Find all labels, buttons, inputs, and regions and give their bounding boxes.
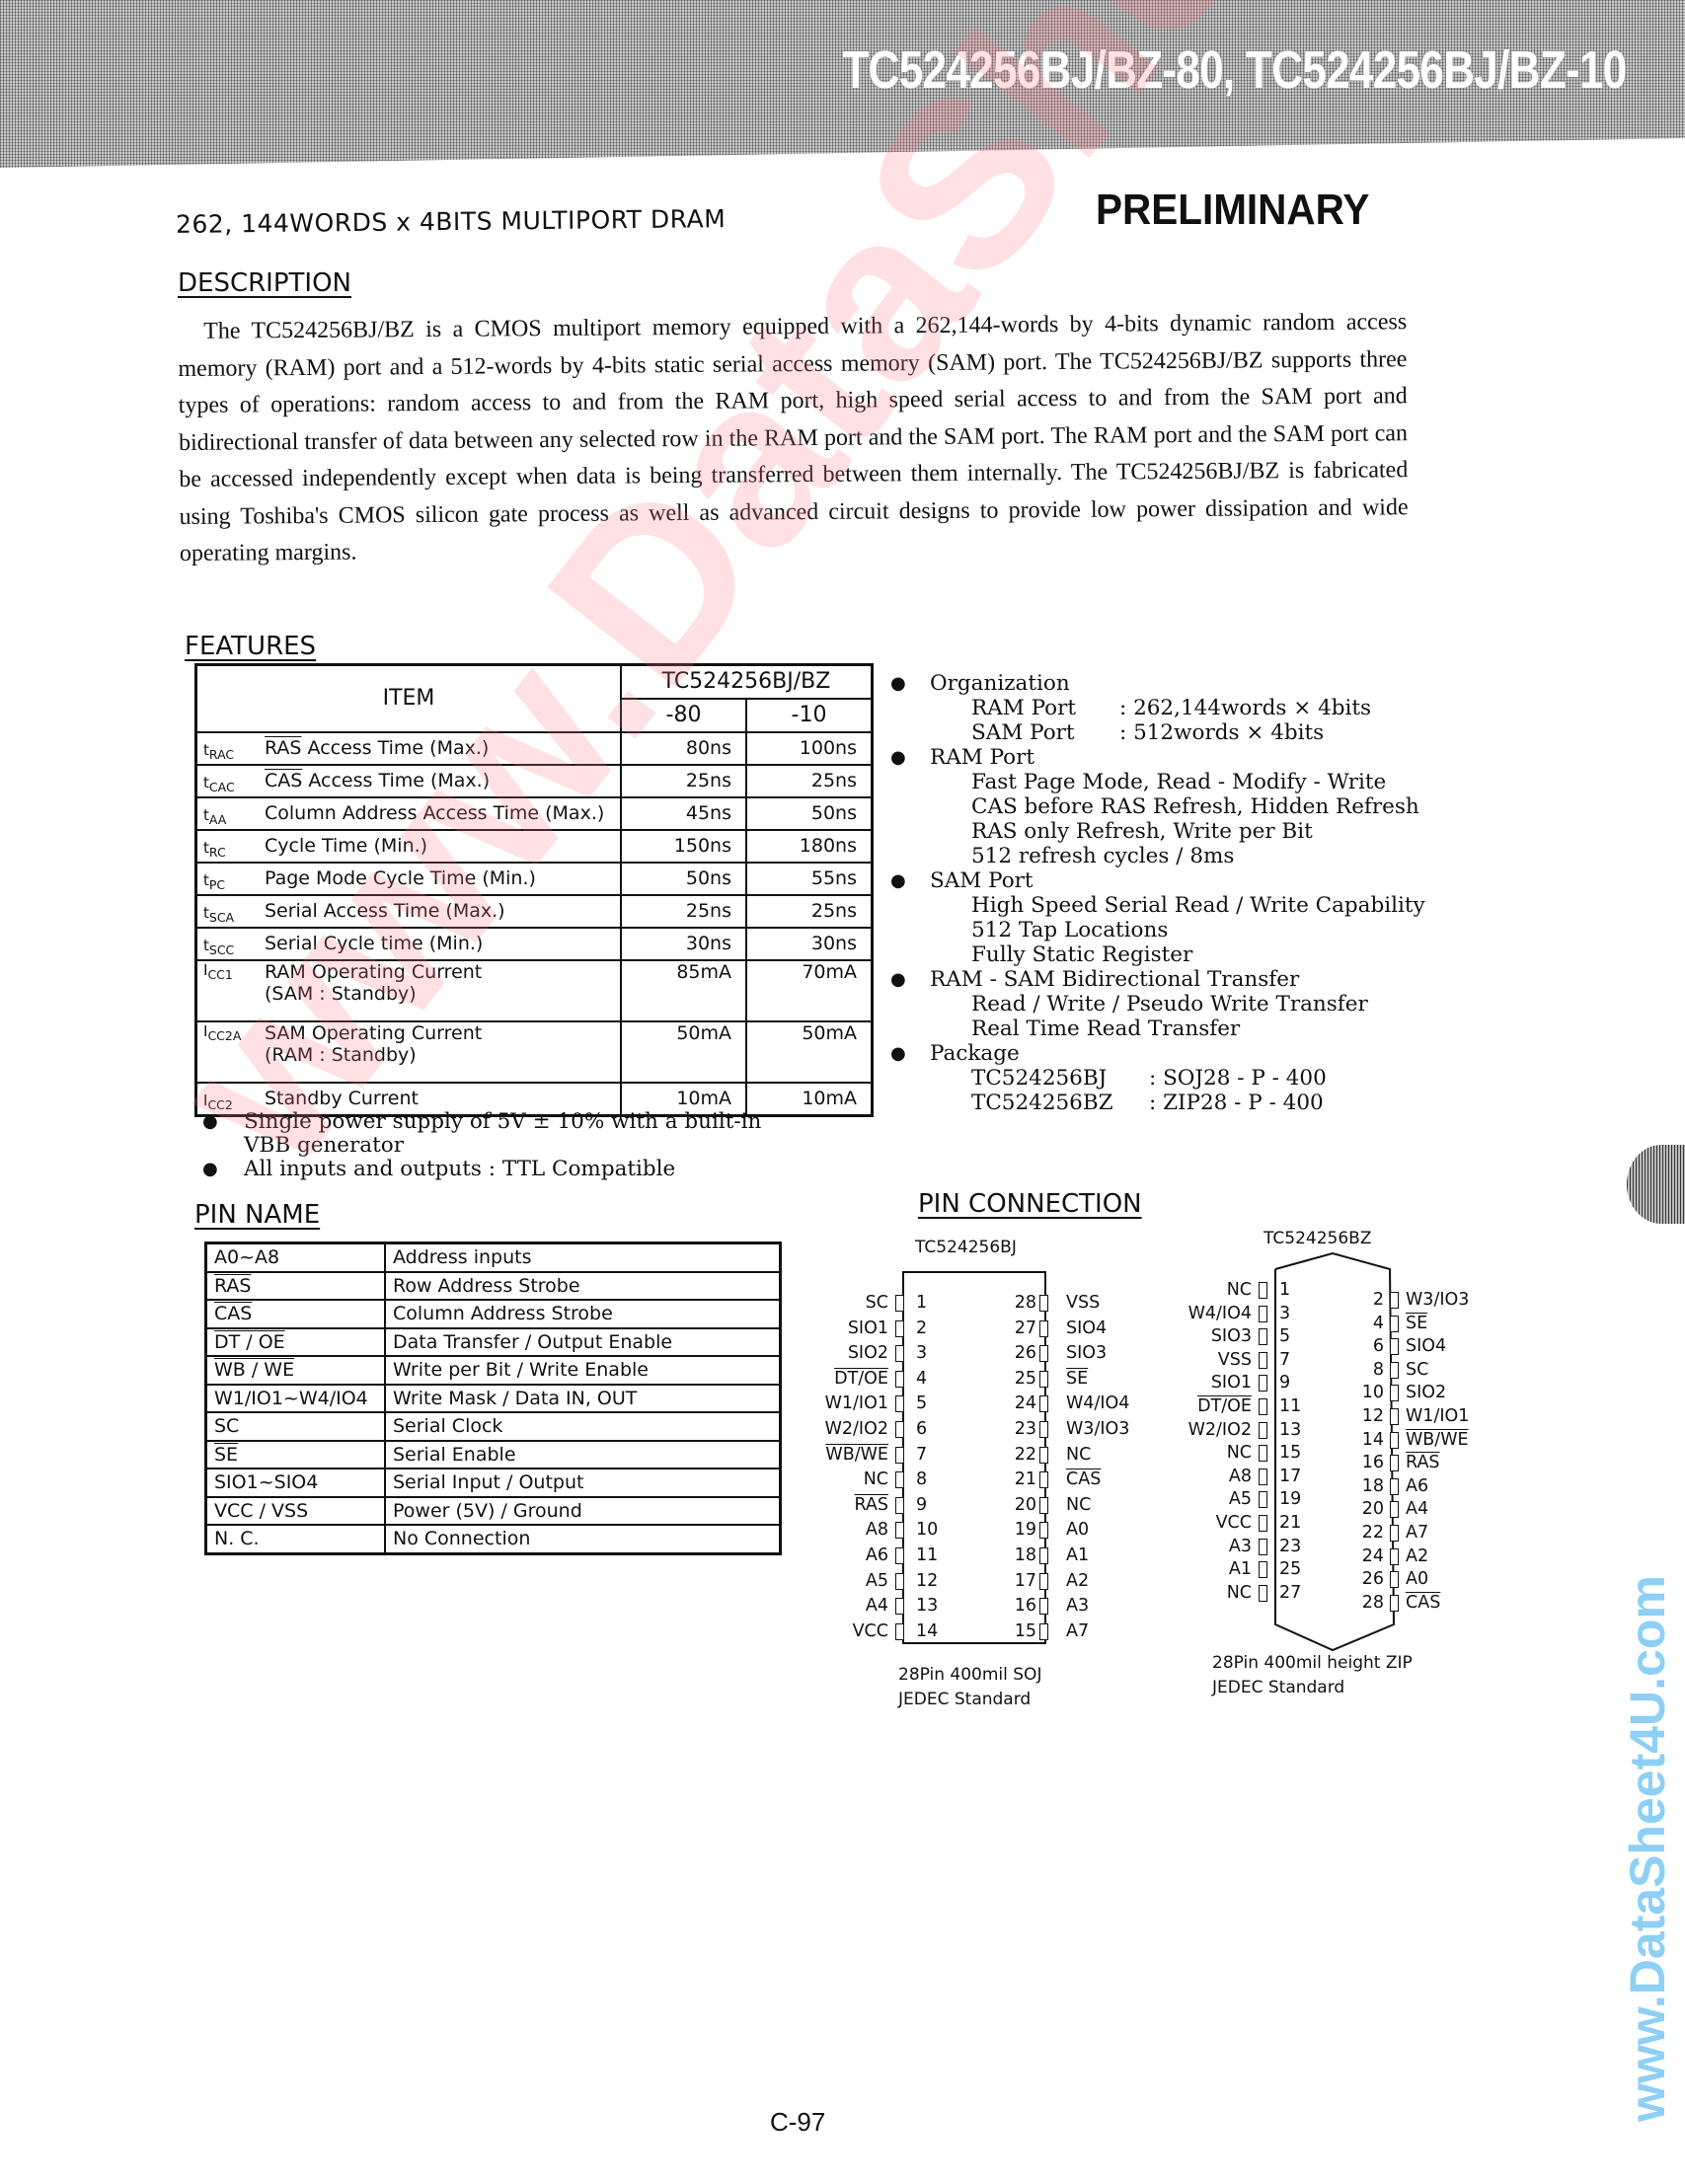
grade-80-header: -80 xyxy=(621,699,746,732)
pin-box xyxy=(1259,1445,1267,1462)
feature-line: 512 refresh cycles / 8ms xyxy=(930,844,1500,868)
pin-label: SIO3 xyxy=(1066,1343,1107,1363)
features-table: ITEM TC524256BJ/BZ -80 -10 tRACRAS Acces… xyxy=(194,663,874,1117)
table-row: SIO1~SIO4Serial Input / Output xyxy=(206,1469,781,1497)
pin-number: 23 xyxy=(1279,1537,1301,1556)
pin-label: VCC xyxy=(1143,1513,1252,1533)
pin-description: Row Address Strobe xyxy=(385,1272,781,1301)
bullet-dot: ● xyxy=(202,1110,218,1134)
feature-group-title: RAM - SAM Bidirectional Transfer xyxy=(930,967,1500,992)
pin-label: NC xyxy=(1066,1445,1091,1465)
side-watermark-link[interactable]: www.DataSheet4U.com xyxy=(1619,1575,1676,2122)
power-bullets: ● Single power supply of 5V ± 10% with a… xyxy=(202,1110,761,1181)
pin-description: Power (5V) / Ground xyxy=(385,1497,781,1526)
pin-label: RAS xyxy=(780,1495,888,1515)
feature-value: : 262,144words × 4bits xyxy=(1119,696,1371,720)
pin-number: 12 xyxy=(1356,1406,1384,1426)
feature-group: ●OrganizationRAM Port: 262,144words × 4b… xyxy=(888,671,1500,745)
pin-box xyxy=(1039,1598,1048,1615)
pin-box xyxy=(1039,1395,1048,1412)
pin-number: 24 xyxy=(1356,1546,1384,1566)
feature-line: 512 Tap Locations xyxy=(930,918,1500,942)
row-symbol: tRAC xyxy=(196,732,260,765)
pin-number: 11 xyxy=(916,1545,938,1565)
pin-number: 8 xyxy=(916,1469,927,1489)
row-item: RAM Operating Current(SAM : Standby) xyxy=(259,960,621,1021)
pin-number: 14 xyxy=(1356,1430,1384,1450)
pin-number: 19 xyxy=(1009,1520,1036,1540)
feature-line: Real Time Read Transfer xyxy=(930,1017,1500,1041)
bullet-text: All inputs and outputs : TTL Compatible xyxy=(244,1158,761,1181)
pin-symbol: WB / WE xyxy=(206,1356,386,1385)
pin-box xyxy=(1390,1338,1399,1355)
row-item: Serial Access Time (Max.) xyxy=(259,895,621,928)
pin-number: 1 xyxy=(916,1293,927,1313)
pin-label: W3/IO3 xyxy=(1066,1419,1129,1439)
feature-line: Fast Page Mode, Read - Modify - Write xyxy=(930,770,1500,794)
table-row: RASRow Address Strobe xyxy=(206,1272,781,1301)
pin-number: 18 xyxy=(1356,1476,1384,1496)
pin-box xyxy=(1390,1455,1399,1471)
table-row: DT / OEData Transfer / Output Enable xyxy=(206,1328,781,1357)
pin-box xyxy=(1390,1292,1399,1309)
feature-value: : SOJ28 - P - 400 xyxy=(1149,1066,1327,1091)
zip-caption-line1: 28Pin 400mil height ZIP xyxy=(1212,1651,1413,1676)
table-row: tSCCSerial Cycle time (Min.)30ns30ns xyxy=(196,928,873,960)
pin-label: A5 xyxy=(1143,1489,1252,1509)
value-80: 30ns xyxy=(621,928,746,960)
pin-number: 11 xyxy=(1279,1396,1301,1416)
pin-label: A3 xyxy=(1143,1537,1252,1556)
bullet-ttl: ● All inputs and outputs : TTL Compatibl… xyxy=(202,1158,761,1181)
bullet-dot: ● xyxy=(202,1158,218,1181)
feature-group: ●RAM - SAM Bidirectional TransferRead / … xyxy=(888,967,1500,1041)
row-item: RAS Access Time (Max.) xyxy=(259,732,621,765)
table-row: tSCASerial Access Time (Max.)25ns25ns xyxy=(196,895,873,928)
table-row: tPCPage Mode Cycle Time (Min.)50ns55ns xyxy=(196,863,873,895)
soj-package-title: TC524256BJ xyxy=(915,1238,1017,1257)
pin-label: W2/IO2 xyxy=(780,1419,888,1439)
pin-box xyxy=(1259,1422,1267,1439)
pin-box xyxy=(895,1547,904,1564)
pin-symbol: W1/IO1~W4/IO4 xyxy=(206,1385,386,1413)
row-symbol: tPC xyxy=(196,863,260,895)
section-thumb-tab xyxy=(1627,1145,1685,1224)
feature-group: ●RAM PortFast Page Mode, Read - Modify -… xyxy=(888,745,1500,868)
feature-group-title: SAM Port xyxy=(930,868,1500,893)
pin-label: SC xyxy=(780,1293,888,1313)
value-80: 25ns xyxy=(621,895,746,928)
pin-box xyxy=(895,1295,904,1312)
pin-box xyxy=(1390,1478,1399,1495)
pin-symbol: A0~A8 xyxy=(206,1243,386,1272)
pin-label: A7 xyxy=(1066,1621,1089,1641)
pin-description: Address inputs xyxy=(385,1243,781,1272)
feature-kv: TC524256BZ: ZIP28 - P - 400 xyxy=(930,1091,1500,1115)
pin-box xyxy=(1390,1571,1399,1588)
zip-caption: 28Pin 400mil height ZIP JEDEC Standard xyxy=(1212,1651,1413,1700)
row-symbol: tCAC xyxy=(196,765,260,797)
pin-name-table-body: A0~A8Address inputsRASRow Address Strobe… xyxy=(206,1243,781,1554)
pin-box xyxy=(1039,1421,1048,1438)
feature-line: CAS before RAS Refresh, Hidden Refresh xyxy=(930,794,1500,819)
bullet-dot: ● xyxy=(890,745,906,770)
pin-description: Write per Bit / Write Enable xyxy=(385,1356,781,1385)
pin-symbol: RAS xyxy=(206,1272,386,1301)
pin-label: VCC xyxy=(780,1621,888,1641)
pin-box xyxy=(1259,1469,1267,1485)
pin-label: SE xyxy=(1406,1314,1427,1333)
pin-symbol: DT / OE xyxy=(206,1328,386,1357)
feature-line: Read / Write / Pseudo Write Transfer xyxy=(930,992,1500,1017)
table-row: tRACRAS Access Time (Max.)80ns100ns xyxy=(196,732,873,765)
pin-label: CAS xyxy=(1066,1469,1101,1489)
value-10: 30ns xyxy=(746,928,873,960)
bullet-dot: ● xyxy=(890,1041,906,1066)
value-80: 80ns xyxy=(621,732,746,765)
pin-label: W4/IO4 xyxy=(1143,1304,1252,1323)
pin-box xyxy=(895,1421,904,1438)
pin-number: 8 xyxy=(1356,1360,1384,1380)
soj-caption-line1: 28Pin 400mil SOJ xyxy=(898,1663,1041,1688)
pin-number: 13 xyxy=(1279,1420,1301,1440)
bullet-dot: ● xyxy=(890,671,906,696)
bullet-text-cont: VBB generator xyxy=(244,1134,761,1158)
pin-box xyxy=(1259,1561,1267,1578)
pin-number: 17 xyxy=(1009,1571,1036,1591)
pin-box xyxy=(895,1497,904,1514)
zip-package-title: TC524256BZ xyxy=(1264,1229,1371,1248)
pin-number: 16 xyxy=(1009,1596,1036,1616)
feature-value: : ZIP28 - P - 400 xyxy=(1149,1091,1324,1115)
feature-group-title: Package xyxy=(930,1041,1500,1066)
features-table-body: tRACRAS Access Time (Max.)80ns100nstCACC… xyxy=(196,732,873,1116)
pin-symbol: SE xyxy=(206,1441,386,1469)
pin-box xyxy=(1390,1432,1399,1449)
pin-box xyxy=(1390,1316,1399,1332)
pin-label: NC xyxy=(1143,1583,1252,1603)
pin-label: DT/OE xyxy=(780,1369,888,1389)
pin-label: VSS xyxy=(1143,1350,1252,1370)
pin-label: NC xyxy=(780,1469,888,1489)
feature-group: ●PackageTC524256BJ: SOJ28 - P - 400TC524… xyxy=(888,1041,1500,1115)
value-10: 25ns xyxy=(746,895,873,928)
pin-number: 20 xyxy=(1009,1495,1036,1515)
pin-label: A2 xyxy=(1406,1546,1428,1566)
pin-label: SIO3 xyxy=(1143,1326,1252,1346)
pin-box xyxy=(1259,1491,1267,1508)
value-80: 150ns xyxy=(621,830,746,863)
pin-label: SIO2 xyxy=(780,1343,888,1363)
row-item: Column Address Access Time (Max.) xyxy=(259,797,621,830)
pin-label: A8 xyxy=(1143,1467,1252,1486)
feature-value: : 512words × 4bits xyxy=(1119,720,1324,745)
table-row: CASColumn Address Strobe xyxy=(206,1300,781,1328)
pin-label: A5 xyxy=(780,1571,888,1591)
overline-signal: CAS xyxy=(265,770,302,791)
pin-number: 9 xyxy=(916,1495,927,1515)
pin-label: A0 xyxy=(1066,1520,1089,1540)
pin-number: 2 xyxy=(1356,1290,1384,1310)
document-title: TC524256BJ/BZ-80, TC524256BJ/BZ-10 xyxy=(842,39,1626,101)
bullet-dot: ● xyxy=(890,967,906,992)
pin-box xyxy=(895,1447,904,1464)
feature-kv: SAM Port: 512words × 4bits xyxy=(930,720,1500,745)
pin-label: W1/IO1 xyxy=(780,1393,888,1413)
pin-box xyxy=(1259,1398,1267,1415)
table-row: WB / WEWrite per Bit / Write Enable xyxy=(206,1356,781,1385)
pin-label: RAS xyxy=(1406,1453,1440,1472)
pin-label: VSS xyxy=(1066,1293,1100,1313)
pin-symbol: SC xyxy=(206,1412,386,1441)
pin-label: SIO2 xyxy=(1406,1383,1446,1402)
pin-box xyxy=(1259,1375,1267,1392)
grade-10-header: -10 xyxy=(746,699,873,732)
pin-number: 18 xyxy=(1009,1545,1036,1565)
pin-number: 5 xyxy=(916,1393,927,1413)
pin-number: 22 xyxy=(1356,1523,1384,1543)
pin-connection-heading: PIN CONNECTION xyxy=(918,1189,1142,1219)
pin-box xyxy=(1039,1447,1048,1464)
item-header: ITEM xyxy=(196,665,622,732)
pin-box xyxy=(895,1320,904,1337)
feature-key: RAM Port xyxy=(971,696,1119,720)
pin-label: W4/IO4 xyxy=(1066,1393,1129,1413)
feature-group-title: Organization xyxy=(930,671,1500,696)
part-header: TC524256BJ/BZ xyxy=(621,665,873,699)
table-row: tRCCycle Time (Min.)150ns180ns xyxy=(196,830,873,863)
feature-line: High Speed Serial Read / Write Capabilit… xyxy=(930,893,1500,918)
pin-box xyxy=(1259,1306,1267,1322)
feature-kv: TC524256BJ: SOJ28 - P - 400 xyxy=(930,1066,1500,1091)
pin-box xyxy=(895,1395,904,1412)
pin-label: SIO1 xyxy=(1143,1373,1252,1393)
pin-description: Serial Clock xyxy=(385,1412,781,1441)
pin-box xyxy=(895,1522,904,1539)
value-80: 45ns xyxy=(621,797,746,830)
row-symbol: tRC xyxy=(196,830,260,863)
features-list: ●OrganizationRAM Port: 262,144words × 4b… xyxy=(888,671,1500,1115)
feature-key: TC524256BJ xyxy=(971,1066,1149,1091)
pin-description: Write Mask / Data IN, OUT xyxy=(385,1385,781,1413)
pin-number: 14 xyxy=(916,1621,938,1641)
value-10: 50ns xyxy=(746,797,873,830)
table-row: tCACCAS Access Time (Max.)25ns25ns xyxy=(196,765,873,797)
pin-number: 27 xyxy=(1279,1583,1301,1603)
pin-label: A8 xyxy=(780,1520,888,1540)
pin-symbol: N. C. xyxy=(206,1525,386,1553)
pin-number: 24 xyxy=(1009,1393,1036,1413)
pin-number: 7 xyxy=(1279,1350,1290,1370)
pin-label: W3/IO3 xyxy=(1406,1290,1469,1310)
pin-box xyxy=(895,1345,904,1362)
pin-number: 6 xyxy=(916,1419,927,1439)
pin-number: 25 xyxy=(1009,1369,1036,1389)
table-row: SCSerial Clock xyxy=(206,1412,781,1441)
pin-number: 27 xyxy=(1009,1318,1036,1338)
pin-label: SE xyxy=(1066,1369,1088,1389)
pin-box xyxy=(1039,1371,1048,1388)
pin-number: 3 xyxy=(916,1343,927,1363)
pin-label: WB/WE xyxy=(780,1445,888,1465)
pin-box xyxy=(1039,1522,1048,1539)
value-10: 100ns xyxy=(746,732,873,765)
pin-number: 4 xyxy=(916,1369,927,1389)
pin-box xyxy=(1039,1497,1048,1514)
row-symbol: ICC2A xyxy=(196,1021,260,1083)
feature-line: Fully Static Register xyxy=(930,942,1500,967)
pin-description: Serial Enable xyxy=(385,1441,781,1469)
pin-label: NC xyxy=(1143,1443,1252,1463)
soj-caption-line2: JEDEC Standard xyxy=(898,1688,1041,1712)
feature-group: ●SAM PortHigh Speed Serial Read / Write … xyxy=(888,868,1500,967)
pin-number: 26 xyxy=(1356,1569,1384,1589)
pin-number: 10 xyxy=(916,1520,938,1540)
pin-symbol: SIO1~SIO4 xyxy=(206,1469,386,1497)
pin-symbol: VCC / VSS xyxy=(206,1497,386,1526)
table-row: tAAColumn Address Access Time (Max.)45ns… xyxy=(196,797,873,830)
pin-number: 21 xyxy=(1279,1513,1301,1533)
pin-number: 10 xyxy=(1356,1383,1384,1402)
row-symbol: ICC1 xyxy=(196,960,260,1021)
pin-number: 22 xyxy=(1009,1445,1036,1465)
pin-number: 19 xyxy=(1279,1489,1301,1509)
pin-label: NC xyxy=(1143,1280,1252,1300)
pin-label: SIO4 xyxy=(1406,1336,1446,1356)
value-10: 50mA xyxy=(746,1021,873,1083)
feature-line: RAS only Refresh, Write per Bit xyxy=(930,819,1500,844)
pin-number: 28 xyxy=(1009,1293,1036,1313)
pin-number: 9 xyxy=(1279,1373,1290,1393)
pin-box xyxy=(895,1573,904,1590)
value-80: 50ns xyxy=(621,863,746,895)
pin-box xyxy=(1039,1295,1048,1312)
pin-number: 3 xyxy=(1279,1304,1290,1323)
pin-number: 5 xyxy=(1279,1326,1290,1346)
pin-box xyxy=(1390,1595,1399,1612)
pin-label: A6 xyxy=(1406,1476,1428,1496)
row-item: SAM Operating Current(RAM : Standby) xyxy=(259,1021,621,1083)
soj-caption: 28Pin 400mil SOJ JEDEC Standard xyxy=(898,1663,1041,1712)
row-symbol: tSCC xyxy=(196,928,260,960)
pin-number: 26 xyxy=(1009,1343,1036,1363)
pin-label: SIO1 xyxy=(780,1318,888,1338)
table-row: ICC1RAM Operating Current(SAM : Standby)… xyxy=(196,960,873,1021)
pin-label: A4 xyxy=(1406,1499,1428,1519)
table-row: VCC / VSSPower (5V) / Ground xyxy=(206,1497,781,1526)
value-80: 85mA xyxy=(621,960,746,1021)
pin-description: Data Transfer / Output Enable xyxy=(385,1328,781,1357)
pin-box xyxy=(1390,1501,1399,1518)
pin-number: 1 xyxy=(1279,1280,1290,1300)
pin-box xyxy=(895,1471,904,1488)
page-number: C-97 xyxy=(770,2107,825,2138)
pin-label: A3 xyxy=(1066,1596,1089,1616)
row-item: Cycle Time (Min.) xyxy=(259,830,621,863)
feature-kv: RAM Port: 262,144words × 4bits xyxy=(930,696,1500,720)
pin-symbol: CAS xyxy=(206,1300,386,1328)
pin-label: DT/OE xyxy=(1143,1396,1252,1416)
value-10: 70mA xyxy=(746,960,873,1021)
pin-label: A2 xyxy=(1066,1571,1089,1591)
pin-box xyxy=(1390,1525,1399,1542)
pin-label: A4 xyxy=(780,1596,888,1616)
pin-box xyxy=(1259,1282,1267,1299)
value-80: 50mA xyxy=(621,1021,746,1083)
pin-box xyxy=(1390,1385,1399,1401)
table-row: SESerial Enable xyxy=(206,1441,781,1469)
row-item: Page Mode Cycle Time (Min.) xyxy=(259,863,621,895)
pin-number: 17 xyxy=(1279,1467,1301,1486)
pin-label: A1 xyxy=(1066,1545,1089,1565)
pin-description: Serial Input / Output xyxy=(385,1469,781,1497)
row-item: Serial Cycle time (Min.) xyxy=(259,928,621,960)
table-row: N. C.No Connection xyxy=(206,1525,781,1553)
feature-key: TC524256BZ xyxy=(971,1091,1149,1115)
pin-box xyxy=(895,1598,904,1615)
pin-number: 13 xyxy=(916,1596,938,1616)
row-item: CAS Access Time (Max.) xyxy=(259,765,621,797)
pin-label: CAS xyxy=(1406,1593,1440,1613)
zip-caption-line2: JEDEC Standard xyxy=(1212,1676,1413,1700)
pin-label: SC xyxy=(1406,1360,1428,1380)
table-row: A0~A8Address inputs xyxy=(206,1243,781,1272)
bullet-power-supply: ● Single power supply of 5V ± 10% with a… xyxy=(202,1110,761,1158)
row-symbol: tSCA xyxy=(196,895,260,928)
pin-box xyxy=(1259,1328,1267,1345)
pin-number: 15 xyxy=(1279,1443,1301,1463)
pin-label: A6 xyxy=(780,1545,888,1565)
bullet-dot: ● xyxy=(890,868,906,893)
pin-number: 4 xyxy=(1356,1314,1384,1333)
pin-name-table: A0~A8Address inputsRASRow Address Strobe… xyxy=(204,1242,782,1555)
pin-description: No Connection xyxy=(385,1525,781,1553)
pin-label: A7 xyxy=(1406,1523,1428,1543)
pin-box xyxy=(1039,1623,1048,1640)
pin-box xyxy=(1039,1471,1048,1488)
pin-box xyxy=(1259,1585,1267,1602)
preliminary-label: PRELIMINARY xyxy=(1096,186,1369,235)
pin-label: W2/IO2 xyxy=(1143,1420,1252,1440)
pin-box xyxy=(1259,1352,1267,1369)
pin-number: 28 xyxy=(1356,1593,1384,1613)
pin-description: Column Address Strobe xyxy=(385,1300,781,1328)
pin-label: W1/IO1 xyxy=(1406,1406,1469,1426)
document-subtitle: 262, 144WORDS x 4BITS MULTIPORT DRAM xyxy=(176,204,727,239)
pin-box xyxy=(1039,1573,1048,1590)
pin-label: WB/WE xyxy=(1406,1430,1469,1450)
pin-number: 20 xyxy=(1356,1499,1384,1519)
value-10: 10mA xyxy=(746,1083,873,1116)
pin-box xyxy=(1039,1547,1048,1564)
value-10: 180ns xyxy=(746,830,873,863)
pin-number: 21 xyxy=(1009,1469,1036,1489)
feature-group-title: RAM Port xyxy=(930,745,1500,770)
pin-number: 12 xyxy=(916,1571,938,1591)
table-row: ICC2ASAM Operating Current(RAM : Standby… xyxy=(196,1021,873,1083)
pin-number: 7 xyxy=(916,1445,927,1465)
feature-key: SAM Port xyxy=(971,720,1119,745)
pin-box xyxy=(1259,1515,1267,1532)
row-symbol: tAA xyxy=(196,797,260,830)
pin-box xyxy=(895,1371,904,1388)
pin-label: A1 xyxy=(1143,1559,1252,1579)
pin-number: 15 xyxy=(1009,1621,1036,1641)
pin-label: NC xyxy=(1066,1495,1091,1515)
bullet-text: Single power supply of 5V ± 10% with a b… xyxy=(244,1110,761,1134)
table-row: W1/IO1~W4/IO4Write Mask / Data IN, OUT xyxy=(206,1385,781,1413)
pin-box xyxy=(1039,1320,1048,1337)
